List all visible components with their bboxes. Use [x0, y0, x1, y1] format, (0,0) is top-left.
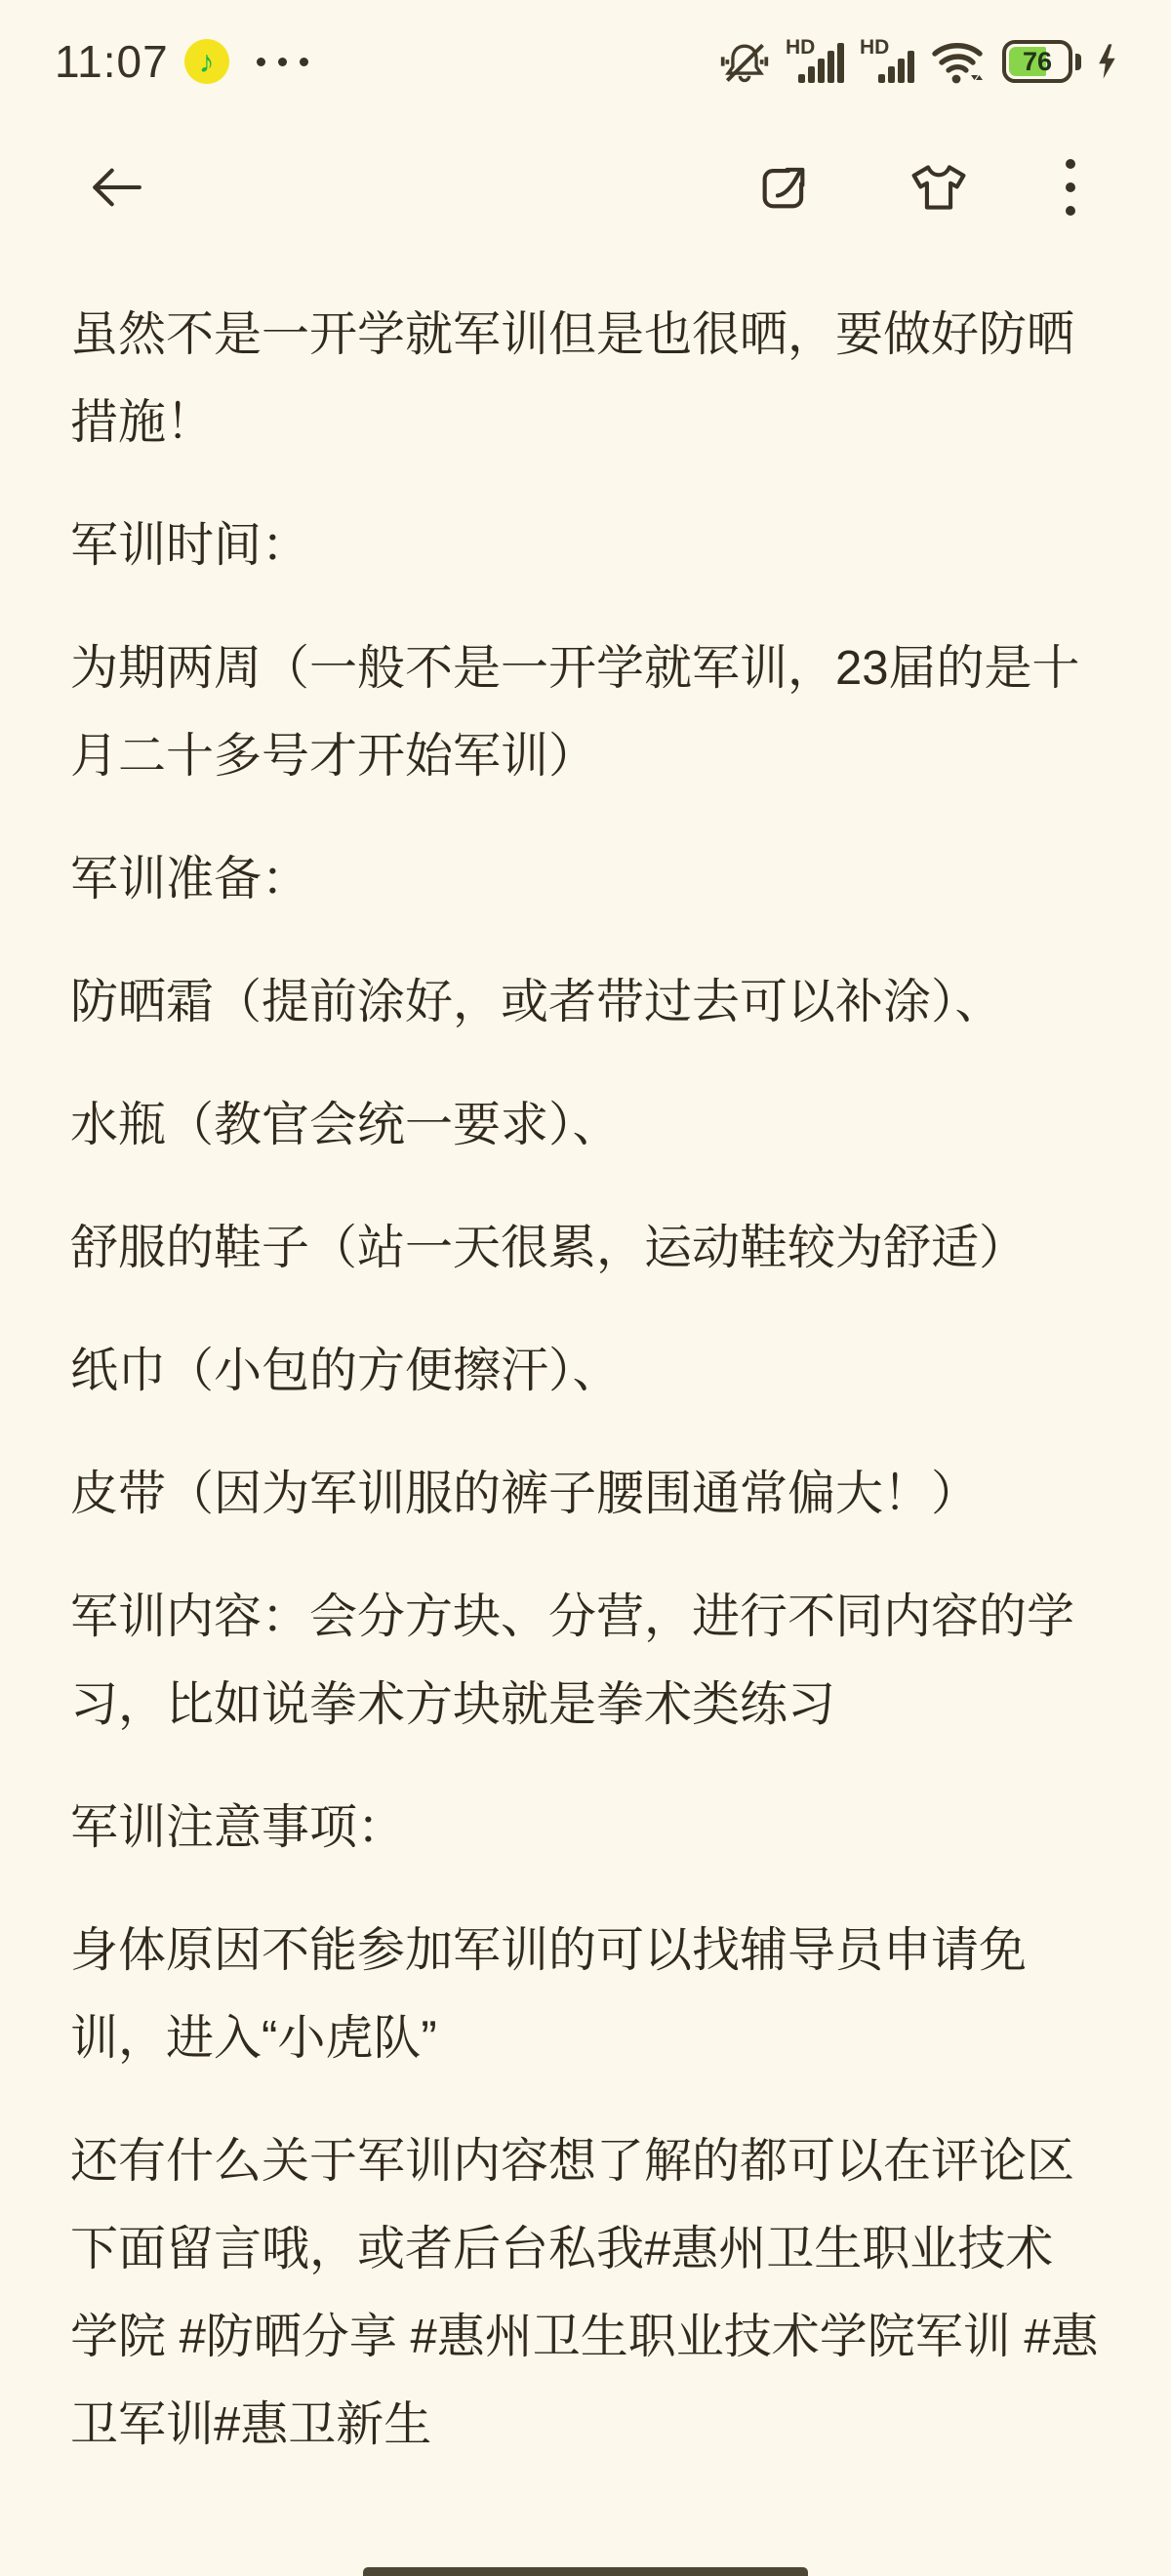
- status-bar-left: 11:07 ♪: [55, 35, 308, 88]
- post-paragraph: 军训准备：: [70, 835, 1101, 923]
- back-arrow-icon: [84, 162, 148, 213]
- post-paragraph: 军训内容：会分方块、分营，进行不同内容的学习，比如说拳术方块就是拳术类练习: [70, 1573, 1101, 1749]
- hd-signal-icon: HD: [860, 38, 914, 85]
- post-paragraph: 军训时间：: [70, 502, 1101, 589]
- post-paragraph: 水瓶（教官会统一要求）、: [70, 1081, 1101, 1169]
- post-paragraph: 身体原因不能参加军训的可以找辅导员申请免训，进入“小虎队”: [70, 1907, 1101, 2082]
- status-bar-right: HD HD 76: [719, 38, 1118, 85]
- back-button[interactable]: [84, 162, 148, 213]
- qq-music-icon: ♪: [184, 39, 229, 84]
- wardrobe-button[interactable]: [908, 159, 970, 216]
- mute-bell-icon: [719, 38, 770, 85]
- battery-icon: 76: [1002, 40, 1081, 83]
- kebab-menu-button[interactable]: [1066, 159, 1075, 216]
- post-paragraph: 虽然不是一开学就军训但是也很晒，要做好防晒措施！: [70, 291, 1101, 466]
- wifi-icon: [930, 38, 987, 85]
- charging-bolt-icon: [1097, 44, 1118, 79]
- post-content: 虽然不是一开学就军训但是也很晒，要做好防晒措施！ 军训时间： 为期两周（一般不是…: [0, 236, 1171, 2469]
- battery-nub: [1075, 54, 1081, 70]
- post-paragraph: 防晒霜（提前涂好，或者带过去可以补涂）、: [70, 958, 1101, 1046]
- share-icon: [755, 159, 812, 216]
- share-button[interactable]: [755, 159, 812, 216]
- nav-bar: [0, 139, 1171, 236]
- music-note-glyph: ♪: [199, 46, 215, 77]
- battery-percent: 76: [1006, 44, 1069, 79]
- post-paragraph: 皮带（因为军训服的裤子腰围通常偏大！）: [70, 1450, 1101, 1538]
- notification-dots: [257, 58, 308, 66]
- status-bar: 11:07 ♪ HD HD: [0, 27, 1171, 96]
- hd-signal-icon: HD: [786, 38, 844, 85]
- post-paragraph: 舒服的鞋子（站一天很累，运动鞋较为舒适）: [70, 1204, 1101, 1292]
- post-paragraph: 军训注意事项：: [70, 1784, 1101, 1872]
- post-paragraph: 纸巾（小包的方便擦汗）、: [70, 1327, 1101, 1415]
- post-paragraph: 还有什么关于军训内容想了解的都可以在评论区下面留言哦，或者后台私我#惠州卫生职业…: [70, 2117, 1101, 2469]
- status-time: 11:07: [55, 35, 169, 88]
- nav-actions: [755, 159, 1075, 216]
- post-paragraph: 为期两周（一般不是一开学就军训，23届的是十月二十多号才开始军训）: [70, 624, 1101, 800]
- tshirt-icon: [908, 159, 970, 216]
- bottom-sheet-peek[interactable]: [363, 2567, 808, 2576]
